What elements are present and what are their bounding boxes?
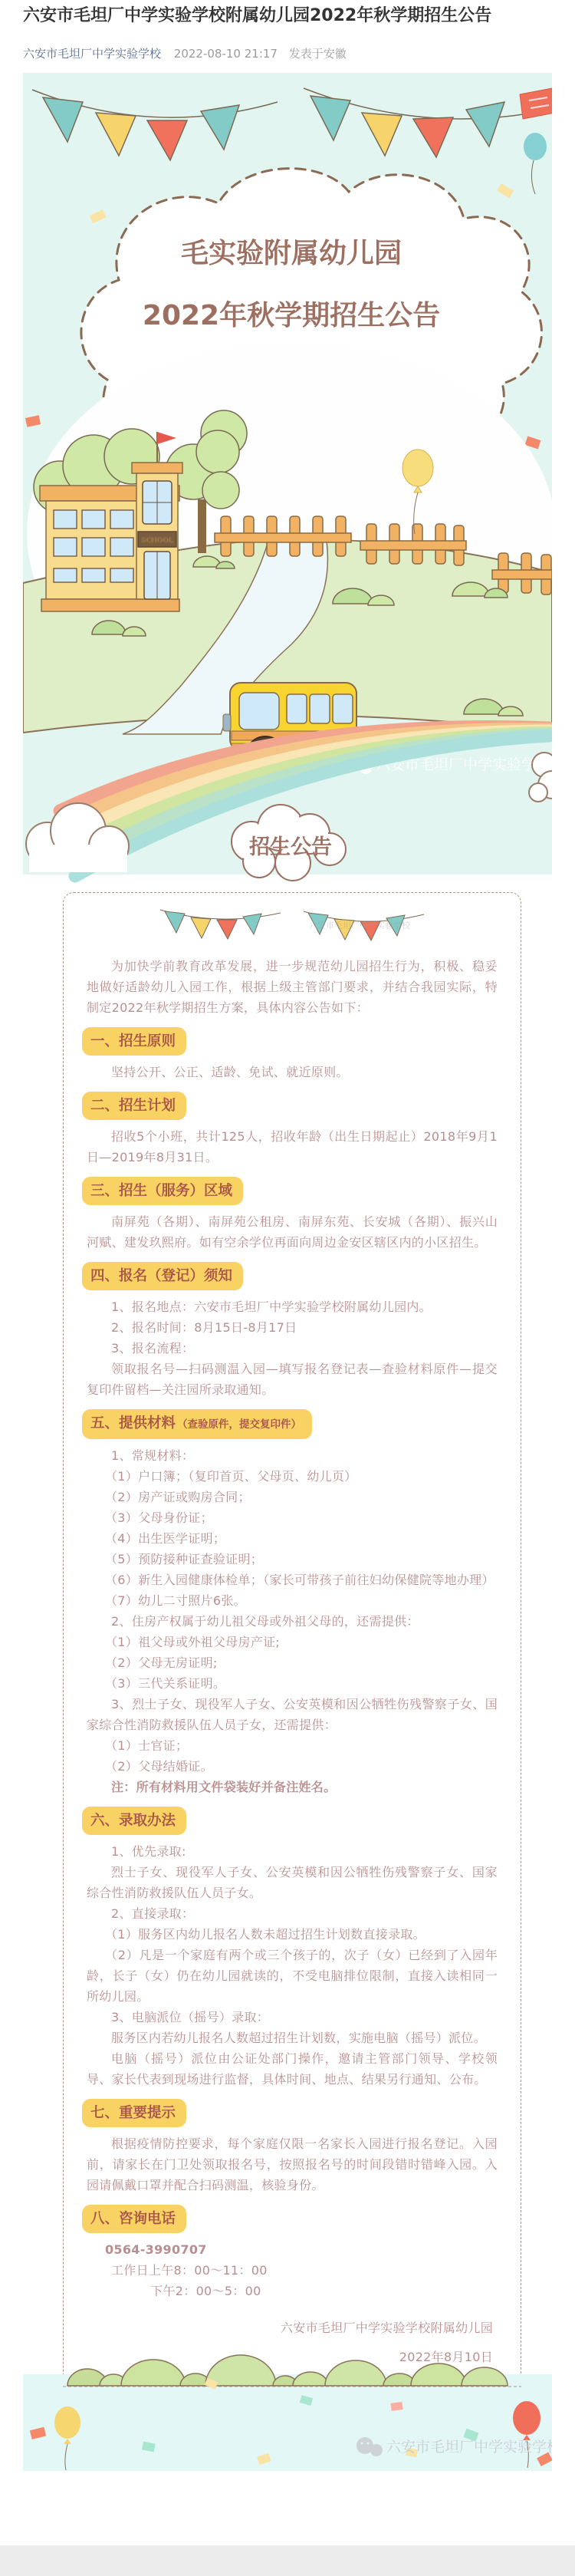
notice-paragraph: 招收5个小班，共计125人，招收年龄（出生日期起止）2018年9月1日—2019… xyxy=(87,1126,498,1168)
section-heading: 四、报名（登记）须知 xyxy=(82,1262,243,1290)
section-phone: 八、咨询电话 0564-3990707 工作日上午8：00～11：00 下午2：… xyxy=(87,2205,498,2301)
section-registration: 四、报名（登记）须知 1、报名地点：六安市毛坦厂中学实验学校附属幼儿园内。 2、… xyxy=(87,1262,498,1400)
notice-box: 六安市毛坦厂中学实验学校 为加快学前教育改革发展，进一步规范幼儿园招生行为，积极… xyxy=(63,892,521,2387)
account-link[interactable]: 六安市毛坦厂中学实验学校 xyxy=(23,47,161,61)
section-heading: 三、招生（服务）区域 xyxy=(82,1177,243,1205)
notice-paragraph: （1）士官证； xyxy=(87,1735,498,1756)
notice-paragraph: 服务区内若幼儿报名人数超过招生计划数，实施电脑（摇号）派位。 xyxy=(87,2028,498,2048)
section-heading: 一、招生原则 xyxy=(82,1027,186,1056)
footer-watermark-text: 六安市毛坦厂中学实验学校 xyxy=(386,2439,552,2456)
notice-paragraph: （5）预防接种证查验证明； xyxy=(87,1549,498,1570)
notice-paragraph: （1）服务区内幼儿报名人数未超过招生计划数直接录取。 xyxy=(87,1924,498,1945)
notice-paragraph: 3、烈士子女、现役军人子女、公安英模和因公牺牲伤残警察子女、国家综合性消防救援队… xyxy=(87,1694,498,1735)
notice-paragraph: （1）户口簿；（复印首页、父母页、幼儿页） xyxy=(87,1466,498,1487)
section-materials: 五、提供材料（查验原件，提交复印件） 1、常规材料： （1）户口簿；（复印首页、… xyxy=(87,1409,498,1797)
notice-paragraph: 1、常规材料： xyxy=(87,1445,498,1466)
bus-headlight xyxy=(223,714,231,731)
footer-watermark: 六安市毛坦厂中学实验学校 xyxy=(356,2437,552,2456)
notice-paragraph: 1、优先录取: xyxy=(87,1841,498,1862)
notice-paragraph: 工作日上午8：00～11：00 xyxy=(87,2260,498,2281)
notice-paragraph: 领取报名号—扫码测温入园—填写报名登记表—查验材料原件—提交复印件留档—关注园所… xyxy=(87,1359,498,1400)
section-heading-sub: （查验原件，提交复印件） xyxy=(177,1418,301,1431)
footer-bg xyxy=(23,2374,552,2471)
notice-paragraph: （3）父母身份证； xyxy=(87,1507,498,1528)
footer-bushes xyxy=(67,2355,508,2386)
notice-paragraph: 2、住房产权属于幼儿祖父母或外祖父母的，还需提供： xyxy=(87,1611,498,1632)
notice-paragraph: 烈士子女、现役军人子女、公安英模和因公牺牲伤残警察子女、国家综合性消防救援队伍人… xyxy=(87,1862,498,1903)
notice-paragraph: 2、报名时间：8月15日-8月17日 xyxy=(87,1317,498,1338)
notice-paragraph: （6）新生入园健康体检单；（家长可带孩子前往妇幼保健院等地办理） xyxy=(87,1570,498,1590)
notice-paragraph: （2）房产证或购房合同； xyxy=(87,1487,498,1507)
notice-paragraph: 3、报名流程： xyxy=(87,1338,498,1359)
notice-bunting: 六安市毛坦厂中学实验学校 xyxy=(87,904,498,945)
banner-announcement-title: 2022年秋学期招生公告 xyxy=(143,299,440,331)
materials-note: 注：所有材料用文件袋装好并备注姓名。 xyxy=(87,1777,498,1797)
section-principles: 一、招生原则 坚持公开、公正、适龄、免试、就近原则。 xyxy=(87,1027,498,1082)
publish-time: 2022-08-10 21:17 xyxy=(174,47,278,61)
notice-paragraph: 3、电脑派位（摇号）录取： xyxy=(87,2007,498,2028)
section-plan: 二、招生计划 招收5个小班，共计125人，招收年龄（出生日期起止）2018年9月… xyxy=(87,1092,498,1168)
notice-paragraph: （7）幼儿二寸照片6张。 xyxy=(87,1590,498,1611)
section-heading: 七、重要提示 xyxy=(82,2099,186,2127)
page-title: 六安市毛坦厂中学实验学校附属幼儿园2022年秋学期招生公告 xyxy=(23,5,560,28)
notice-paragraph: （3）三代关系证明。 xyxy=(87,1673,498,1694)
section-heading: 六、录取办法 xyxy=(82,1807,186,1835)
notice-watermark-text: 六安市毛坦厂中学实验学校 xyxy=(309,920,411,931)
notice-paragraph: 1、报名地点：六安市毛坦厂中学实验学校附属幼儿园内。 xyxy=(87,1296,498,1317)
notice-paragraph: （2）父母无房证明; xyxy=(87,1652,498,1673)
notice-paragraph: （2）父母结婚证。 xyxy=(87,1756,498,1777)
section-important-notes: 七、重要提示 根据疫情防控要求，每个家庭仅限一名家长入园进行报名登记。入园前，请… xyxy=(87,2099,498,2196)
notice-paragraph: （4）出生医学证明； xyxy=(87,1528,498,1549)
section-heading: 五、提供材料（查验原件，提交复印件） xyxy=(82,1409,312,1439)
section-heading: 二、招生计划 xyxy=(82,1092,186,1120)
notice-paragraph: 电脑（摇号）派位由公证处部门操作，邀请主管部门领导、学校领导、家长代表到现场进行… xyxy=(87,2048,498,2090)
byline: 六安市毛坦厂中学实验学校 2022-08-10 21:17 发表于安徽 xyxy=(23,46,560,61)
phone-number: 0564-3990707 xyxy=(87,2239,498,2260)
notice-paragraph: 下午2：00～5：00 xyxy=(87,2281,498,2301)
school-sign-text: SCHOOL xyxy=(141,537,173,545)
intro-paragraph: 为加快学前教育改革发展，进一步规范幼儿园招生行为，积极、稳妥地做好适龄幼儿入园工… xyxy=(87,956,498,1018)
badge-text: 招生公告 xyxy=(249,835,332,859)
notice-paragraph: 根据疫情防控要求，每个家庭仅限一名家长入园进行报名登记。入园前，请家长在门卫处领… xyxy=(87,2133,498,2196)
notice-paragraph: 坚持公开、公正、适龄、免试、就近原则。 xyxy=(87,1062,498,1082)
notice-paragraph: （1）祖父母或外祖父母房产证; xyxy=(87,1632,498,1652)
notice-paragraph: 2、直接录取： xyxy=(87,1903,498,1924)
article-page: 六安市毛坦厂中学实验学校附属幼儿园2022年秋学期招生公告 六安市毛坦厂中学实验… xyxy=(0,0,575,2576)
notice-paragraph: 南屏苑（各期）、南屏苑公租房、南屏东苑、长安城（各期）、振兴山河赋、建发玖熙府。… xyxy=(87,1211,498,1253)
notice-paragraph: （2）凡是一个家庭有两个或三个孩子的，次子（女）已经到了入园年龄，长子（女）仍在… xyxy=(87,1945,498,2007)
section-admission: 六、录取办法 1、优先录取: 烈士子女、现役军人子女、公安英模和因公牺牲伤残警察… xyxy=(87,1807,498,2090)
banner-kindergarten-name: 毛实验附属幼儿园 xyxy=(181,238,402,269)
bottom-separator-bar xyxy=(0,2545,575,2576)
banner-illustration: 毛实验附属幼儿园 2022年秋学期招生公告 xyxy=(23,73,552,886)
section-heading: 八、咨询电话 xyxy=(82,2205,186,2233)
publish-location: 发表于安徽 xyxy=(289,47,347,61)
section-service-area: 三、招生（服务）区域 南屏苑（各期）、南屏苑公租房、南屏东苑、长安城（各期）、振… xyxy=(87,1177,498,1253)
footer-illustration: 六安市毛坦厂中学实验学校 xyxy=(23,2332,552,2471)
